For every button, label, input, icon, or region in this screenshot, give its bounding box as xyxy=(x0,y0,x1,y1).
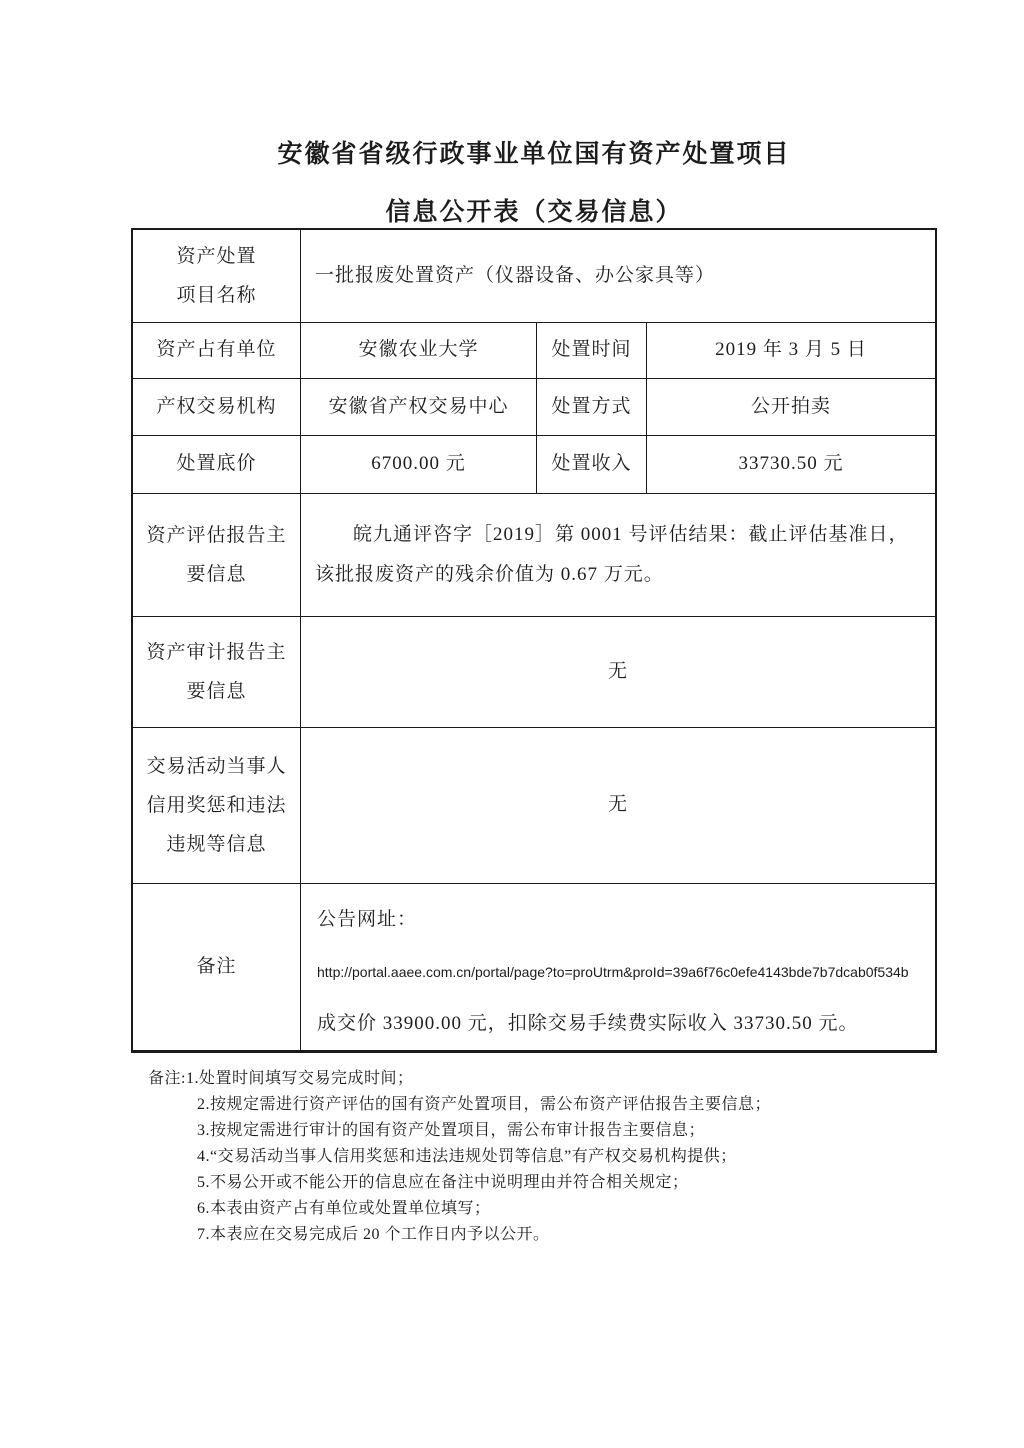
floor-price-value: 6700.00 元 xyxy=(301,436,537,493)
label-line: 违规等信息 xyxy=(166,825,266,864)
disposal-time-value: 2019 年 3 月 5 日 xyxy=(647,323,935,378)
notice-url-label: 公告网址： xyxy=(317,894,925,946)
remarks-label: 备注 xyxy=(133,884,301,1050)
project-name-label: 资产处置 项目名称 xyxy=(133,230,301,322)
label-line: 资产处置 xyxy=(176,237,256,276)
remarks-value: 公告网址： http://portal.aaee.com.cn/portal/p… xyxy=(301,884,935,1050)
disposal-income-label: 处置收入 xyxy=(537,436,647,493)
exchange-institution-value: 安徽省产权交易中心 xyxy=(301,379,537,435)
exchange-institution-label: 产权交易机构 xyxy=(133,379,301,435)
footnote-line: 7.本表应在交易完成后 20 个工作日内予以公开。 xyxy=(197,1222,978,1248)
label-line: 要信息 xyxy=(186,555,246,594)
footnote-line: 2.按规定需进行资产评估的国有资产处置项目，需公布资产评估报告主要信息； xyxy=(197,1092,978,1118)
footnote-line: 6.本表由资产占有单位或处置单位填写； xyxy=(197,1196,978,1222)
project-name-value: 一批报废处置资产（仪器设备、办公家具等） xyxy=(301,230,935,322)
page-title-line2: 信息公开表（交易信息） xyxy=(131,192,937,228)
disposal-method-value: 公开拍卖 xyxy=(647,379,935,435)
floor-price-label: 处置底价 xyxy=(133,436,301,493)
audit-report-value: 无 xyxy=(301,617,935,727)
footnote-prefix: 备注: xyxy=(148,1070,186,1087)
label-line: 要信息 xyxy=(186,672,246,711)
evaluation-report-value: 皖九通评咨字［2019］第 0001 号评估结果：截止评估基准日，该批报废资产的… xyxy=(301,494,935,616)
credit-info-value: 无 xyxy=(301,728,935,883)
document-page: 安徽省省级行政事业单位国有资产处置项目 信息公开表（交易信息） 资产处置 项目名… xyxy=(0,0,1024,1448)
owner-unit-label: 资产占有单位 xyxy=(133,323,301,378)
table-row-evaluation-report: 资产评估报告主 要信息 皖九通评咨字［2019］第 0001 号评估结果：截止评… xyxy=(133,494,935,617)
table-row-credit-info: 交易活动当事人 信用奖惩和违法 违规等信息 无 xyxy=(133,728,935,884)
label-line: 交易活动当事人 xyxy=(146,747,286,786)
table-row-price-income: 处置底价 6700.00 元 处置收入 33730.50 元 xyxy=(133,436,935,494)
footnote-line: 3.按规定需进行审计的国有资产处置项目，需公布审计报告主要信息； xyxy=(197,1118,978,1144)
footnote-line: 备注:1.处置时间填写交易完成时间； xyxy=(148,1066,978,1092)
footnote-line: 4.“交易活动当事人信用奖惩和违法违规处罚等信息”有产权交易机构提供； xyxy=(197,1144,978,1170)
label-line: 资产审计报告主 xyxy=(146,633,286,672)
table-row-remarks: 备注 公告网址： http://portal.aaee.com.cn/porta… xyxy=(133,884,935,1050)
audit-report-label: 资产审计报告主 要信息 xyxy=(133,617,301,727)
label-line: 信用奖惩和违法 xyxy=(146,786,286,825)
label-line: 项目名称 xyxy=(176,276,256,315)
disposal-method-label: 处置方式 xyxy=(537,379,647,435)
table-row-audit-report: 资产审计报告主 要信息 无 xyxy=(133,617,935,728)
footnote-item: 1.处置时间填写交易完成时间； xyxy=(186,1070,414,1087)
page-title-line1: 安徽省省级行政事业单位国有资产处置项目 xyxy=(131,134,937,170)
evaluation-report-label: 资产评估报告主 要信息 xyxy=(133,494,301,616)
settlement-text: 成交价 33900.00 元，扣除交易手续费实际收入 33730.50 元。 xyxy=(317,998,925,1050)
footnote-line: 5.不易公开或不能公开的信息应在备注中说明理由并符合相关规定； xyxy=(197,1170,978,1196)
disposal-time-label: 处置时间 xyxy=(537,323,647,378)
table-row-owner-time: 资产占有单位 安徽农业大学 处置时间 2019 年 3 月 5 日 xyxy=(133,323,935,379)
footnotes: 备注:1.处置时间填写交易完成时间； 2.按规定需进行资产评估的国有资产处置项目… xyxy=(148,1066,978,1248)
table-row-project-name: 资产处置 项目名称 一批报废处置资产（仪器设备、办公家具等） xyxy=(133,230,935,323)
disposal-income-value: 33730.50 元 xyxy=(647,436,935,493)
evaluation-report-text: 皖九通评咨字［2019］第 0001 号评估结果：截止评估基准日，该批报废资产的… xyxy=(315,515,923,595)
label-line: 资产评估报告主 xyxy=(146,516,286,555)
credit-info-label: 交易活动当事人 信用奖惩和违法 违规等信息 xyxy=(133,728,301,883)
disclosure-table: 资产处置 项目名称 一批报废处置资产（仪器设备、办公家具等） 资产占有单位 安徽… xyxy=(131,228,937,1053)
owner-unit-value: 安徽农业大学 xyxy=(301,323,537,378)
notice-url-text: http://portal.aaee.com.cn/portal/page?to… xyxy=(317,946,925,998)
table-row-institution-method: 产权交易机构 安徽省产权交易中心 处置方式 公开拍卖 xyxy=(133,379,935,436)
